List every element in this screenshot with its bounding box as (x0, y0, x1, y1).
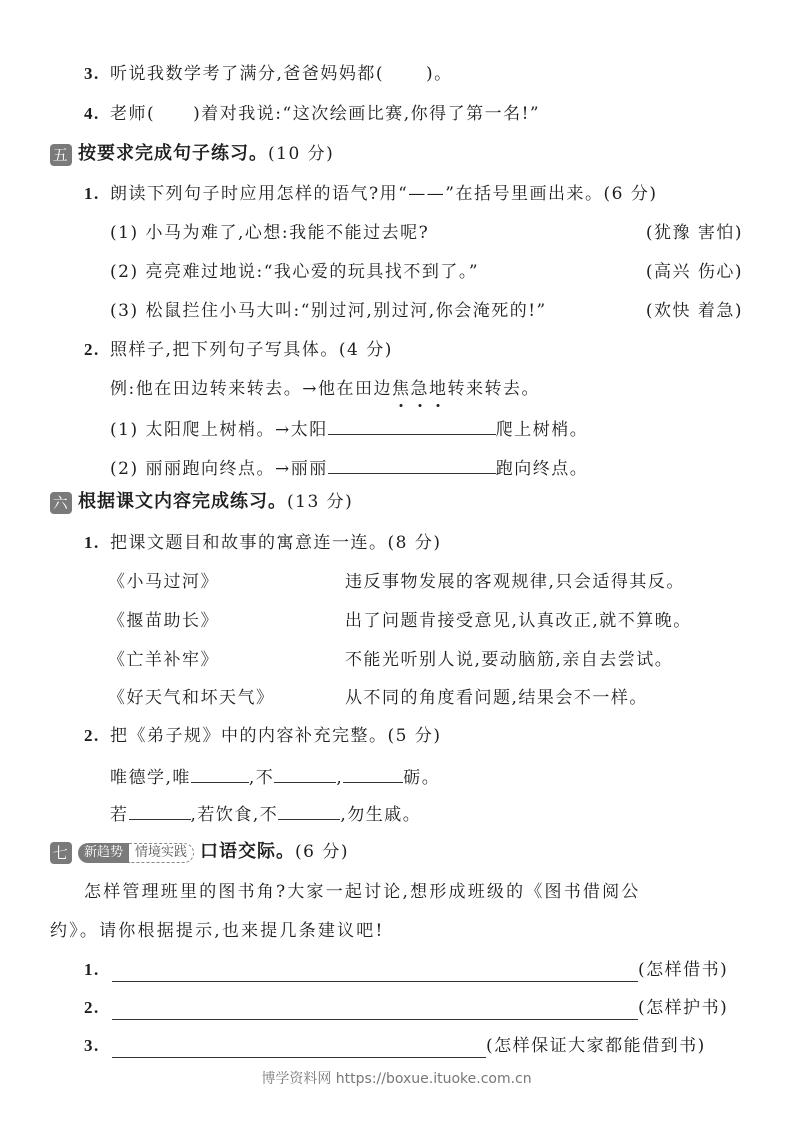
fill-line-2: 若,若饮食,不,勿生戚。 (110, 801, 421, 827)
section-number-badge: 五 (50, 144, 72, 166)
tone-options[interactable]: (高兴 伤心) (646, 260, 743, 284)
tone-item: (2) 亮亮难过地说:“我心爱的玩具找不到了。” (高兴 伤心) (110, 260, 743, 284)
section-6-header: 六根据课文内容完成练习。(13 分) (50, 490, 353, 514)
section-title: 根据课文内容完成练习。 (78, 491, 287, 512)
answer-row: 3. (84, 1034, 110, 1058)
emphasis-dot-char: 急 (410, 379, 429, 399)
section-points: (6 分) (295, 842, 349, 862)
section-5-header: 五按要求完成句子练习。(10 分) (50, 142, 334, 166)
match-title[interactable]: 《亡羊补牢》 (108, 648, 219, 672)
watermark: 博学资料网 https://boxue.ituoke.com.cn (0, 1068, 793, 1088)
emphasis-dot-char: 焦 (392, 379, 411, 399)
context-practice-tag: 情境实践 (129, 843, 194, 863)
match-title[interactable]: 《好天气和坏天气》 (108, 686, 275, 710)
question-4-3: 3.听说我数学考了满分,爸爸妈妈都()。 (84, 62, 453, 86)
rewrite-item: (1) 太阳爬上树梢。→太阳爬上树梢。 (110, 416, 588, 442)
question-5-2-prompt: 2.照样子,把下列句子写具体。(4 分) (84, 338, 393, 362)
answer-hint: (怎样保证大家都能借到书) (486, 1034, 706, 1058)
section-title: 按要求完成句子练习。 (78, 143, 268, 164)
answer-row: 2. (84, 996, 110, 1020)
fill-line-1: 唯德学,唯,不,砺。 (110, 764, 440, 790)
section-points: (10 分) (268, 144, 334, 164)
answer-blank[interactable] (278, 801, 340, 820)
question-number: 3. (84, 62, 110, 86)
emphasis-dot-char: 地 (429, 379, 448, 399)
example-sentence: 例:他在田边转来转去。→他在田边焦急地转来转去。 (110, 377, 540, 401)
section-number-badge: 七 (50, 842, 72, 864)
question-6-1-prompt: 1.把课文题目和故事的寓意连一连。(8 分) (84, 531, 441, 555)
match-moral[interactable]: 违反事物发展的客观规律,只会适得其反。 (345, 570, 685, 594)
match-title[interactable]: 《揠苗助长》 (108, 609, 219, 633)
answer-hint: (怎样借书) (638, 958, 728, 982)
answer-line[interactable] (112, 1018, 638, 1020)
match-moral[interactable]: 不能光听别人说,要动脑筋,亲自去尝试。 (345, 648, 673, 672)
answer-blank[interactable] (191, 764, 249, 783)
new-trend-tag: 新趋势 (78, 843, 129, 863)
tone-item: (1) 小马为难了,心想:我能不能过去呢? (犹豫 害怕) (110, 221, 743, 245)
answer-blank[interactable] (343, 764, 403, 783)
question-6-2-prompt: 2.把《弟子规》中的内容补充完整。(5 分) (84, 724, 441, 748)
match-title[interactable]: 《小马过河》 (108, 570, 219, 594)
tone-options[interactable]: (犹豫 害怕) (646, 221, 743, 245)
answer-blank[interactable] (274, 764, 336, 783)
question-4-4: 4.老师()着对我说:“这次绘画比赛,你得了第一名!” (84, 102, 540, 126)
section-title: 口语交际。 (200, 841, 295, 862)
section-7-header: 七新趋势情境实践口语交际。(6 分) (50, 840, 349, 864)
section-points: (13 分) (287, 492, 353, 512)
section-number-badge: 六 (50, 492, 72, 514)
tone-item: (3) 松鼠拦住小马大叫:“别过河,别过河,你会淹死的!” (欢快 着急) (110, 299, 743, 323)
answer-line[interactable] (112, 980, 638, 982)
tone-options[interactable]: (欢快 着急) (646, 299, 743, 323)
answer-blank[interactable] (129, 801, 191, 820)
intro-paragraph-line: 约》。请你根据提示,也来提几条建议吧! (50, 919, 385, 943)
answer-blank[interactable] (328, 416, 496, 435)
rewrite-item: (2) 丽丽跑向终点。→丽丽跑向终点。 (110, 455, 588, 481)
answer-blank[interactable] (328, 455, 496, 474)
answer-row: 1. (84, 958, 110, 982)
answer-line[interactable] (112, 1056, 486, 1058)
answer-hint: (怎样护书) (638, 996, 728, 1020)
question-number: 4. (84, 102, 110, 126)
intro-paragraph-line: 怎样管理班里的图书角?大家一起讨论,想形成班级的《图书借阅公 (84, 880, 641, 904)
question-5-1-prompt: 1.朗读下列句子时应用怎样的语气?用“——”在括号里画出来。(6 分) (84, 182, 657, 206)
match-moral[interactable]: 从不同的角度看问题,结果会不一样。 (345, 686, 648, 710)
match-moral[interactable]: 出了问题肯接受意见,认真改正,就不算晚。 (345, 609, 692, 633)
